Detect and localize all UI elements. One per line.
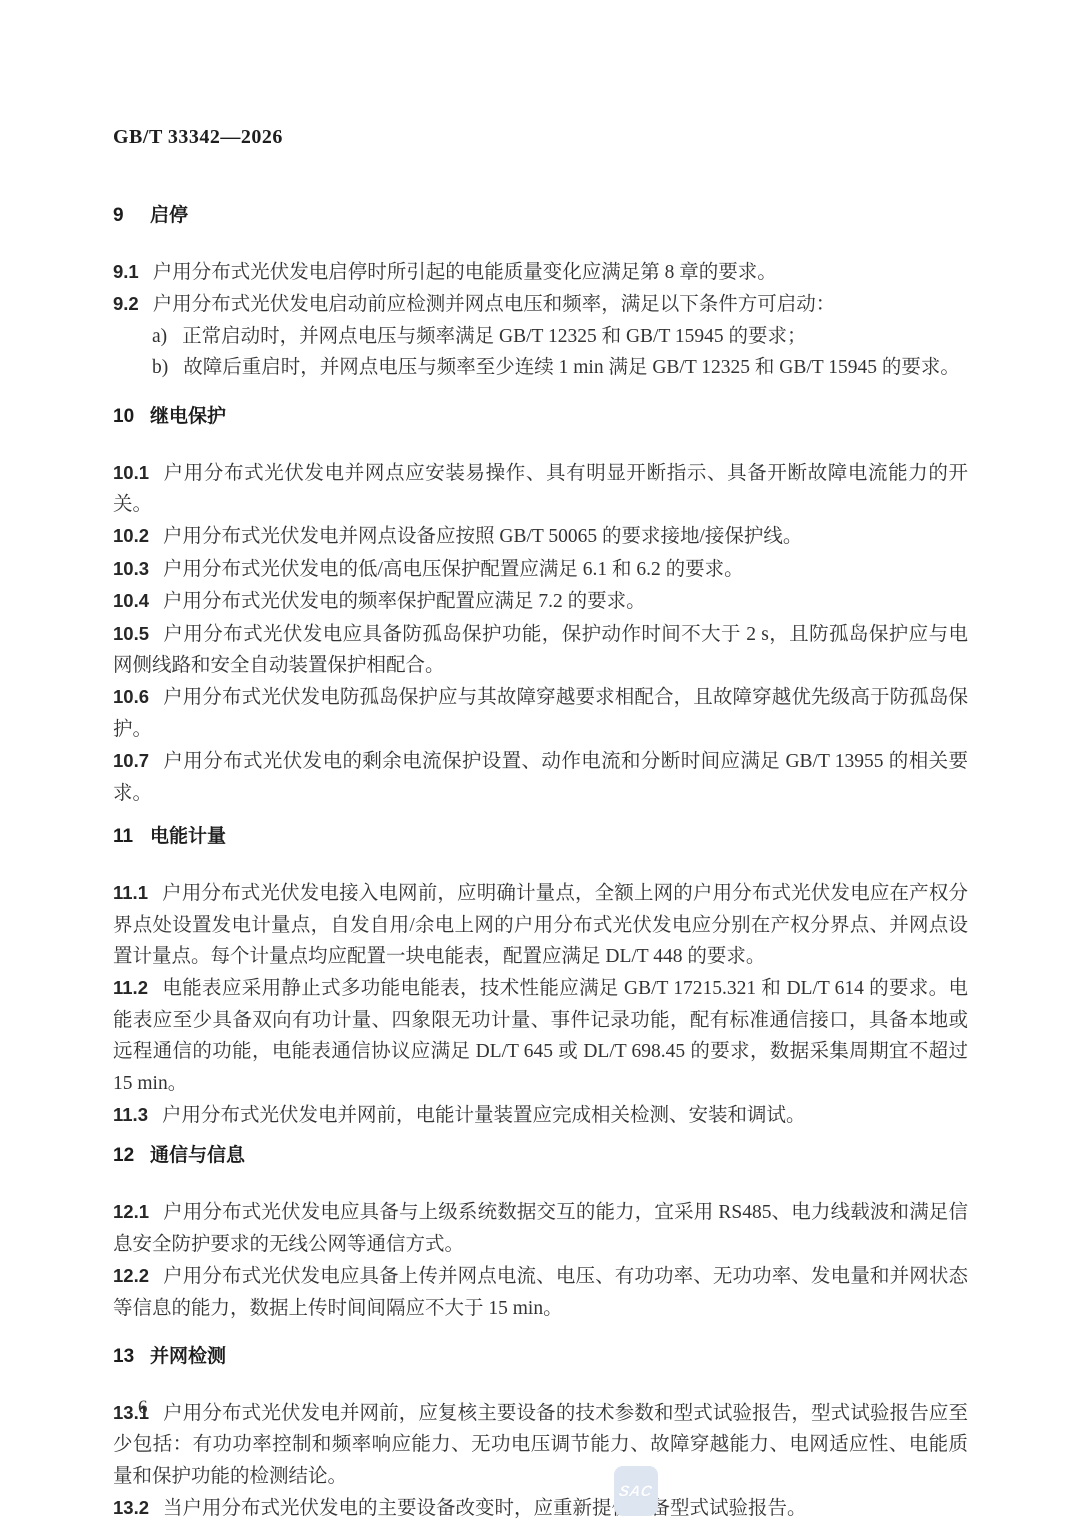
clause-number: 11.2: [113, 977, 148, 998]
clause: 10.2户用分布式光伏发电并网点设备应按照 GB/T 50065 的要求接地/接…: [113, 520, 968, 552]
sub-item-label: b): [152, 357, 168, 378]
clause-number: 10.1: [113, 462, 149, 483]
clause-number: 10.4: [113, 590, 149, 611]
sub-item: a)正常启动时，并网点电压与频率满足 GB/T 12325 和 GB/T 159…: [113, 321, 968, 352]
clause-number: 9.1: [113, 261, 139, 282]
section-grid-connection-test: 13并网检测 13.1户用分布式光伏发电并网前，应复核主要设备的技术参数和型式试…: [113, 1344, 968, 1525]
clause-number: 10.5: [113, 623, 149, 644]
clause-number: 12.1: [113, 1201, 149, 1222]
section-title: 并网检测: [150, 1346, 226, 1367]
clause-text: 当户用分布式光伏发电的主要设备改变时，应重新提供设备型式试验报告。: [163, 1498, 807, 1519]
clause: 10.6户用分布式光伏发电防孤岛保护应与其故障穿越要求相配合，且故障穿越优先级高…: [113, 681, 968, 745]
clause: 10.5户用分布式光伏发电应具备防孤岛保护功能，保护动作时间不大于 2 s，且防…: [113, 618, 968, 682]
section-clauses: 13.1户用分布式光伏发电并网前，应复核主要设备的技术参数和型式试验报告，型式试…: [113, 1397, 968, 1525]
clause-number: 10.7: [113, 750, 149, 771]
section-title: 启停: [150, 205, 188, 226]
section-clauses: 12.1户用分布式光伏发电应具备与上级系统数据交互的能力，宜采用 RS485、电…: [113, 1196, 968, 1324]
section-clauses: 10.1户用分布式光伏发电并网点应安装易操作、具有明显开断指示、具备开断故障电流…: [113, 457, 968, 809]
clause-text: 户用分布式光伏发电并网前，电能计量装置应完成相关检测、安装和调试。: [162, 1105, 806, 1126]
clause-text: 户用分布式光伏发电的剩余电流保护设置、动作电流和分断时间应满足 GB/T 139…: [113, 751, 968, 803]
sub-item-text: 正常启动时，并网点电压与频率满足 GB/T 12325 和 GB/T 15945…: [182, 326, 806, 347]
clause-text: 户用分布式光伏发电并网点应安装易操作、具有明显开断指示、具备开断故障电流能力的开…: [113, 463, 968, 515]
section-title: 电能计量: [150, 826, 226, 847]
section-heading: 9启停: [113, 203, 968, 229]
section-heading: 11电能计量: [113, 824, 968, 850]
clause-number: 9.2: [113, 293, 139, 314]
clause: 10.4户用分布式光伏发电的频率保护配置应满足 7.2 的要求。: [113, 585, 968, 617]
section-clauses: 9.1户用分布式光伏发电启停时所引起的电能质量变化应满足第 8 章的要求。 9.…: [113, 256, 968, 384]
clause-text: 户用分布式光伏发电并网前，应复核主要设备的技术参数和型式试验报告，型式试验报告应…: [113, 1403, 968, 1487]
section-relay-protection: 10继电保护 10.1户用分布式光伏发电并网点应安装易操作、具有明显开断指示、具…: [113, 404, 968, 809]
section-heading: 12通信与信息: [113, 1143, 968, 1169]
document-page: { "page": { "standard_number": "GB/T 333…: [0, 0, 1080, 1527]
clause: 12.2户用分布式光伏发电应具备上传并网点电流、电压、有功功率、无功功率、发电量…: [113, 1260, 968, 1324]
sub-item-label: a): [152, 326, 167, 347]
sub-item-text: 故障后重启时，并网点电压与频率至少连续 1 min 满足 GB/T 12325 …: [183, 357, 960, 378]
clause-number: 11.1: [113, 882, 148, 903]
section-start-stop: 9启停 9.1户用分布式光伏发电启停时所引起的电能质量变化应满足第 8 章的要求…: [113, 203, 968, 384]
section-communication-information: 12通信与信息 12.1户用分布式光伏发电应具备与上级系统数据交互的能力，宜采用…: [113, 1143, 968, 1324]
clause: 10.1户用分布式光伏发电并网点应安装易操作、具有明显开断指示、具备开断故障电流…: [113, 457, 968, 521]
section-energy-metering: 11电能计量 11.1户用分布式光伏发电接入电网前，应明确计量点，全额上网的户用…: [113, 824, 968, 1131]
clause-text: 户用分布式光伏发电应具备与上级系统数据交互的能力，宜采用 RS485、电力线载波…: [113, 1202, 968, 1254]
clause: 13.1户用分布式光伏发电并网前，应复核主要设备的技术参数和型式试验报告，型式试…: [113, 1397, 968, 1492]
section-heading: 13并网检测: [113, 1344, 968, 1370]
clause-number: 10.6: [113, 686, 149, 707]
sub-item: b)故障后重启时，并网点电压与频率至少连续 1 min 满足 GB/T 1232…: [113, 352, 968, 383]
section-clauses: 11.1户用分布式光伏发电接入电网前，应明确计量点，全额上网的户用分布式光伏发电…: [113, 877, 968, 1131]
clause-text: 户用分布式光伏发电接入电网前，应明确计量点，全额上网的户用分布式光伏发电应在产权…: [113, 883, 968, 967]
section-number: 10: [113, 404, 150, 430]
clause: 12.1户用分布式光伏发电应具备与上级系统数据交互的能力，宜采用 RS485、电…: [113, 1196, 968, 1260]
clause-number: 11.3: [113, 1104, 148, 1125]
clause-text: 户用分布式光伏发电应具备防孤岛保护功能，保护动作时间不大于 2 s，且防孤岛保护…: [113, 624, 968, 676]
clause-number: 10.2: [113, 525, 149, 546]
clause: 9.1户用分布式光伏发电启停时所引起的电能质量变化应满足第 8 章的要求。: [113, 256, 968, 288]
section-title: 通信与信息: [150, 1145, 245, 1166]
standard-number: GB/T 33342—2026: [113, 124, 968, 150]
clause-text: 户用分布式光伏发电的低/高电压保护配置应满足 6.1 和 6.2 的要求。: [163, 559, 744, 580]
sac-logo-text: SAC: [618, 1483, 654, 1500]
clause-text: 户用分布式光伏发电的频率保护配置应满足 7.2 的要求。: [163, 591, 646, 612]
section-number: 9: [113, 203, 150, 229]
clause-text: 电能表应采用静止式多功能电能表，技术性能应满足 GB/T 17215.321 和…: [113, 978, 968, 1093]
clause: 10.3户用分布式光伏发电的低/高电压保护配置应满足 6.1 和 6.2 的要求…: [113, 553, 968, 585]
page-number: 6: [138, 1396, 148, 1420]
clause-text: 户用分布式光伏发电启停时所引起的电能质量变化应满足第 8 章的要求。: [153, 262, 777, 283]
clause-number: 12.2: [113, 1265, 149, 1286]
clause: 9.2户用分布式光伏发电启动前应检测并网点电压和频率，满足以下条件方可启动：: [113, 288, 968, 320]
clause: 11.1户用分布式光伏发电接入电网前，应明确计量点，全额上网的户用分布式光伏发电…: [113, 877, 968, 972]
clause: 11.3户用分布式光伏发电并网前，电能计量装置应完成相关检测、安装和调试。: [113, 1099, 968, 1131]
clause: 10.7户用分布式光伏发电的剩余电流保护设置、动作电流和分断时间应满足 GB/T…: [113, 745, 968, 809]
clause-number: 13.2: [113, 1497, 149, 1518]
section-title: 继电保护: [150, 406, 226, 427]
clause-text: 户用分布式光伏发电应具备上传并网点电流、电压、有功功率、无功功率、发电量和并网状…: [113, 1266, 968, 1318]
section-number: 13: [113, 1344, 150, 1370]
section-heading: 10继电保护: [113, 404, 968, 430]
clause: 13.2当户用分布式光伏发电的主要设备改变时，应重新提供设备型式试验报告。: [113, 1492, 968, 1524]
document-body: GB/T 33342—2026 9启停 9.1户用分布式光伏发电启停时所引起的电…: [113, 0, 968, 1525]
clause-text: 户用分布式光伏发电防孤岛保护应与其故障穿越要求相配合，且故障穿越优先级高于防孤岛…: [113, 687, 968, 739]
clause-number: 10.3: [113, 558, 149, 579]
clause-text: 户用分布式光伏发电启动前应检测并网点电压和频率，满足以下条件方可启动：: [153, 294, 836, 315]
clause: 11.2电能表应采用静止式多功能电能表，技术性能应满足 GB/T 17215.3…: [113, 972, 968, 1099]
section-number: 11: [113, 824, 150, 850]
section-number: 12: [113, 1143, 150, 1169]
clause-text: 户用分布式光伏发电并网点设备应按照 GB/T 50065 的要求接地/接保护线。: [163, 526, 802, 547]
sac-watermark-logo: SAC: [614, 1466, 658, 1516]
